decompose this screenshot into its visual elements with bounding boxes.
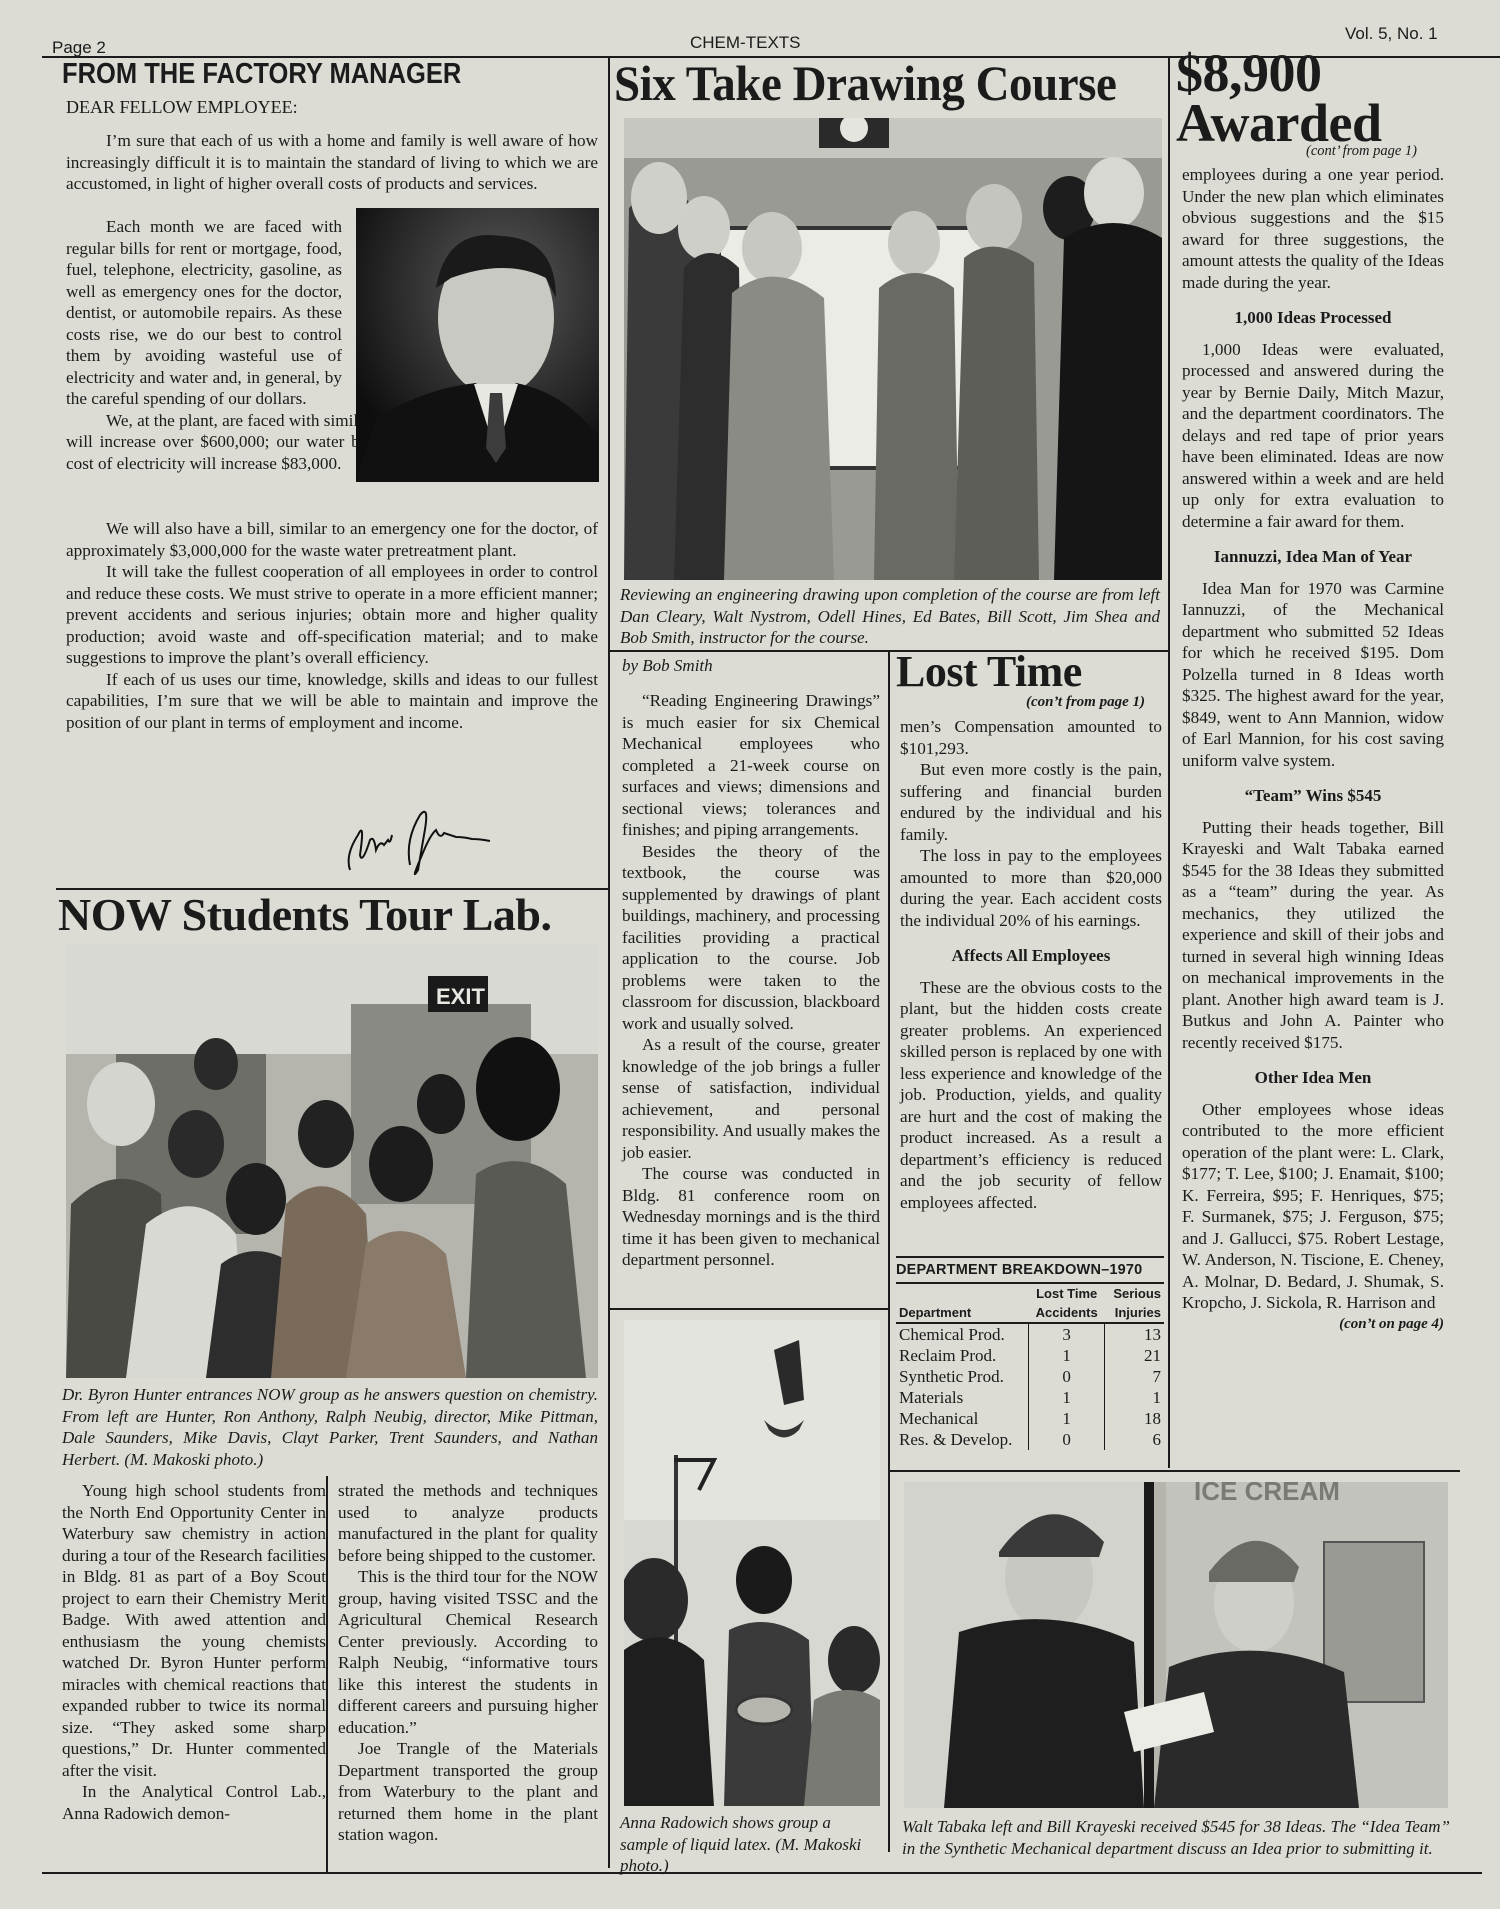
- letter-paragraph: Each month we are faced with regular bil…: [66, 216, 342, 474]
- drawing-course-caption: Reviewing an engineering drawing upon co…: [620, 584, 1160, 649]
- table-header: Injuries: [1104, 1303, 1164, 1323]
- column-divider: [1168, 58, 1170, 1468]
- latex-photo-caption: Anna Radowich shows group a sample of li…: [620, 1812, 882, 1877]
- now-photo-caption: Dr. Byron Hunter entrances NOW group as …: [62, 1384, 598, 1470]
- drawing-course-byline: by Bob Smith: [622, 656, 713, 676]
- factory-manager-portrait: [356, 208, 599, 482]
- table-row: Materials 1 1: [896, 1387, 1164, 1408]
- latex-demo-image: [624, 1320, 880, 1806]
- department-breakdown-table: DEPARTMENT BREAKDOWN–1970 Lost Time Seri…: [896, 1256, 1164, 1450]
- publication-name: CHEM-TEXTS: [690, 33, 801, 53]
- column-divider: [888, 652, 890, 1852]
- volume-number: Vol. 5, No. 1: [1345, 24, 1438, 44]
- table-row: Synthetic Prod. 0 7: [896, 1366, 1164, 1387]
- table-header: Department: [896, 1303, 1029, 1323]
- now-students-photo: EXIT: [66, 944, 598, 1378]
- section-rule: [608, 650, 1170, 652]
- table-title: DEPARTMENT BREAKDOWN–1970: [896, 1262, 1142, 1278]
- svg-text:ICE CREAM: ICE CREAM: [1194, 1482, 1340, 1506]
- awarded-subhead: “Team” Wins $545: [1182, 785, 1444, 807]
- breakdown-table: Lost Time Serious Department Accidents I…: [896, 1284, 1164, 1450]
- column-divider: [326, 1476, 328, 1872]
- page-number: Page 2: [52, 38, 106, 58]
- letter-paragraph: I’m sure that each of us with a home and…: [66, 130, 598, 195]
- now-headline: NOW Students Tour Lab.: [58, 892, 552, 938]
- idea-team-image: ICE CREAM: [904, 1482, 1448, 1808]
- lost-time-continued: (con’t from page 1): [1026, 694, 1145, 711]
- lost-time-body: men’s Compensation amounted to $101,293.…: [900, 716, 1162, 1213]
- awarded-subhead: Iannuzzi, Idea Man of Year: [1182, 546, 1444, 568]
- letter-salutation: DEAR FELLOW EMPLOYEE:: [66, 97, 298, 118]
- table-header: [896, 1284, 1029, 1303]
- awarded-continued-end: (con’t on page 4): [1182, 1314, 1444, 1336]
- awarded-body: employees during a one year period. Unde…: [1182, 164, 1444, 1335]
- awarded-continued: (cont’ from page 1): [1306, 143, 1417, 160]
- svg-text:EXIT: EXIT: [436, 984, 485, 1009]
- now-column-1: Young high school students from the Nort…: [62, 1480, 326, 1824]
- letter-headline: FROM THE FACTORY MANAGER: [62, 60, 461, 89]
- column-divider: [608, 58, 610, 1868]
- table-header: Lost Time: [1029, 1284, 1105, 1303]
- table-header: Accidents: [1029, 1303, 1105, 1323]
- table-row: Res. & Develop. 0 6: [896, 1429, 1164, 1450]
- idea-team-photo: ICE CREAM: [904, 1482, 1448, 1808]
- table-row: Chemical Prod. 3 13: [896, 1323, 1164, 1345]
- idea-team-caption: Walt Tabaka left and Bill Krayeski recei…: [902, 1816, 1450, 1859]
- lost-time-subhead: Affects All Employees: [900, 945, 1162, 967]
- section-rule: [608, 1308, 888, 1310]
- table-header: Serious: [1104, 1284, 1164, 1303]
- lost-time-headline: Lost Time: [896, 650, 1082, 694]
- awarded-headline-word: Awarded: [1176, 96, 1382, 150]
- awarded-headline-amount: $8,900: [1176, 46, 1322, 100]
- table-row: Mechanical 1 18: [896, 1408, 1164, 1429]
- table-row: Reclaim Prod. 1 21: [896, 1345, 1164, 1366]
- section-rule: [888, 1470, 1460, 1472]
- now-column-2: strated the methods and techniques used …: [338, 1480, 598, 1846]
- awarded-subhead: Other Idea Men: [1182, 1067, 1444, 1089]
- letter-paragraph: We will also have a bill, similar to an …: [66, 518, 598, 733]
- drawing-course-photo: [624, 118, 1162, 580]
- drawing-course-headline: Six Take Drawing Course: [614, 58, 1116, 108]
- signature-icon: [340, 795, 510, 890]
- latex-photo: [624, 1320, 880, 1806]
- drawing-course-image: [624, 118, 1162, 580]
- portrait-image: [356, 208, 599, 482]
- students-lab-image: EXIT: [66, 944, 598, 1378]
- drawing-course-body: “Reading Engineering Drawings” is much e…: [622, 690, 880, 1271]
- awarded-subhead: 1,000 Ideas Processed: [1182, 307, 1444, 329]
